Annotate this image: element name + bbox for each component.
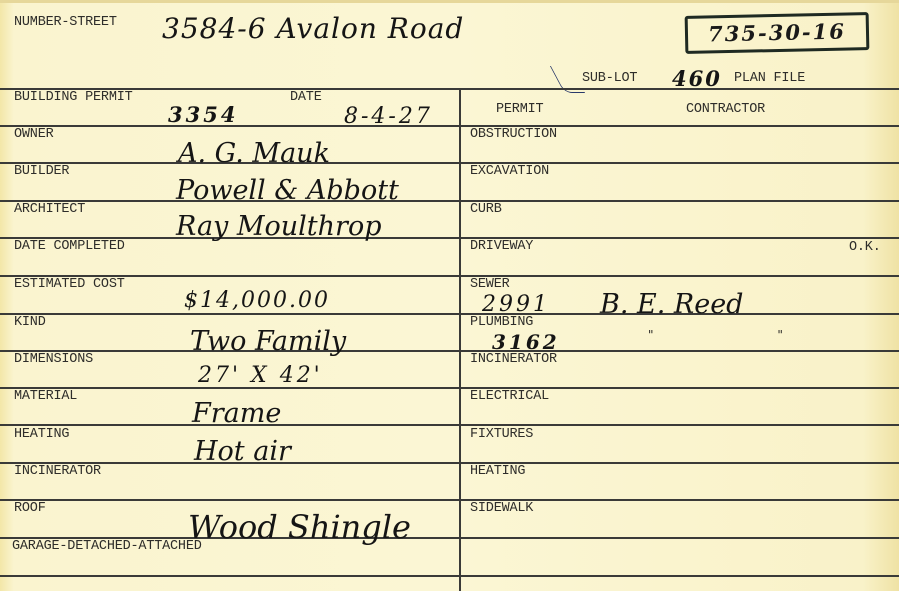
estimated-cost-label: ESTIMATED COST xyxy=(14,277,125,292)
sub-lot-label: SUB-LOT xyxy=(582,71,637,86)
architect-label: ARCHITECT xyxy=(14,202,85,217)
right-row-label: FIXTURES xyxy=(470,427,533,442)
heating-label: HEATING xyxy=(14,427,69,442)
right-row-label: DRIVEWAY xyxy=(470,239,533,254)
material-value: Frame xyxy=(192,398,281,429)
roof-label: ROOF xyxy=(14,501,46,516)
right-row-label: HEATING xyxy=(470,464,525,479)
kind-value: Two Family xyxy=(190,326,346,357)
file-number-box: 735-30-16 xyxy=(685,12,870,54)
builder-value: Powell & Abbott xyxy=(176,175,399,206)
roof-value: Wood Shingle xyxy=(188,508,411,546)
kind-label: KIND xyxy=(14,315,46,330)
file-number: 735-30-16 xyxy=(688,15,867,51)
heating-value: Hot air xyxy=(194,436,291,467)
number-street-value: 3584-6 Avalon Road xyxy=(162,12,464,45)
right-row-label: SEWER xyxy=(470,277,510,292)
sewer-contractor: B. E. Reed xyxy=(600,289,743,320)
building-permit-value: 3354 xyxy=(168,102,238,127)
permit-header: PERMIT xyxy=(496,102,543,117)
plan-file-label: PLAN FILE xyxy=(734,71,805,86)
incinerator-label: INCINERATOR xyxy=(14,464,101,479)
owner-value: A. G. Mauk xyxy=(178,138,330,169)
number-street-label: NUMBER-STREET xyxy=(14,15,117,30)
builder-label: BUILDER xyxy=(14,164,69,179)
right-row-label: CURB xyxy=(470,202,502,217)
building-permit-label: BUILDING PERMIT xyxy=(14,90,133,105)
plumbing-contractor: " " xyxy=(648,328,843,342)
right-row-label: INCINERATOR xyxy=(470,352,557,367)
material-label: MATERIAL xyxy=(14,389,77,404)
date-label: DATE xyxy=(290,90,322,105)
right-row-label: EXCAVATION xyxy=(470,164,549,179)
estimated-cost-value: $14,000.00 xyxy=(184,288,330,313)
contractor-header: CONTRACTOR xyxy=(686,102,765,117)
dimensions-label: DIMENSIONS xyxy=(14,352,93,367)
right-row-label: ELECTRICAL xyxy=(470,389,549,404)
building-permit-card: NUMBER-STREET 3584-6 Avalon Road 735-30-… xyxy=(0,0,899,591)
driveway-note: O.K. xyxy=(849,240,881,255)
sewer-permit: 2991 xyxy=(482,292,550,317)
right-row-label: PLUMBING xyxy=(470,315,533,330)
architect-value: Ray Moulthrop xyxy=(176,211,382,242)
dimensions-value: 27' X 42' xyxy=(198,363,323,388)
date-completed-label: DATE COMPLETED xyxy=(14,239,125,254)
right-row-label: SIDEWALK xyxy=(470,501,533,516)
date-value: 8-4-27 xyxy=(344,104,433,129)
owner-label: OWNER xyxy=(14,127,54,142)
right-row-label: OBSTRUCTION xyxy=(470,127,557,142)
plumbing-permit: 3162 xyxy=(492,330,560,354)
garage-label: GARAGE-DETACHED-ATTACHED xyxy=(12,539,202,554)
